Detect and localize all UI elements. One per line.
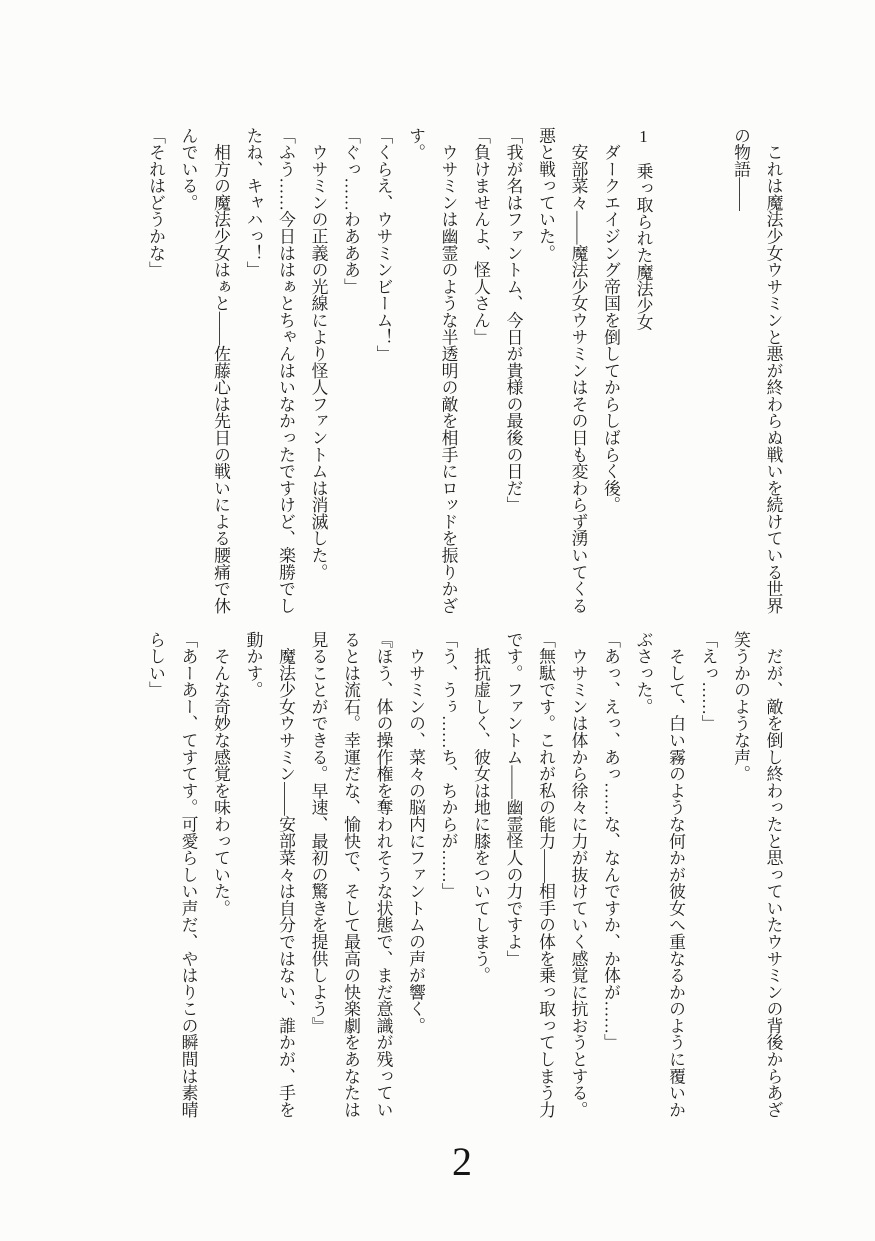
text-line: 「ぐっ……わあああ」 <box>334 127 367 617</box>
upper-text-block: これは魔法少女ウサミンと悪が終わらぬ戦いを続けている世界の物語――1 乗っ取られ… <box>139 127 789 617</box>
text-line: そして、白い霧のような何かが彼女へ重なるかのように覆いか <box>659 631 692 1121</box>
text-line: ウサミンの正義の光線により怪人ファントムは消滅した。 <box>302 127 335 617</box>
text-line: 「くらえ、ウサミンビーム！」 <box>367 127 400 617</box>
text-line: 笑うかのような声。 <box>724 631 757 1121</box>
text-line: 抵抗虚しく、彼女は地に膝をついてしまう。 <box>464 631 497 1121</box>
text-line <box>659 127 692 617</box>
text-line: 「あっ、えっ、あっ……な、なんですか、か体が……」 <box>594 631 627 1121</box>
text-line: 「う、うぅ……ち、ちからが……」 <box>432 631 465 1121</box>
text-line: 「我が名はファントム、今日が貴様の最後の日だ」 <box>497 127 530 617</box>
text-line: だが、敵を倒し終わったと思っていたウサミンの背後からあざ <box>757 631 790 1121</box>
text-line: んでいる。 <box>172 127 205 617</box>
text-line: 魔法少女ウサミン――安部菜々は自分ではない、誰かが、手を <box>269 631 302 1121</box>
text-line: ぶさった。 <box>627 631 660 1121</box>
text-line: 「ふう……今日ははぁとちゃんはいなかったですけど、楽勝でし <box>269 127 302 617</box>
text-line: 相方の魔法少女はぁと――佐藤心は先日の戦いによる腰痛で休 <box>204 127 237 617</box>
text-line: 「無駄です。これが私の能力――相手の体を乗っ取ってしまう力 <box>529 631 562 1121</box>
text-line: 「それはどうかな」 <box>139 127 172 617</box>
text-line: 「あーあー、てすてす。可愛らしい声だ、やはりこの瞬間は素晴 <box>172 631 205 1121</box>
text-line: 『ほう、体の操作権を奪われそうな状態で、まだ意識が残ってい <box>367 631 400 1121</box>
text-line: 動かす。 <box>237 631 270 1121</box>
text-line: 安部菜々――魔法少女ウサミンはその日も変わらず湧いてくる <box>562 127 595 617</box>
text-line: 「負けませんよ、怪人さん」 <box>464 127 497 617</box>
text-line: ウサミンの、菜々の脳内にファントムの声が響く。 <box>399 631 432 1121</box>
text-line: 見ることができる。早速、最初の驚きを提供しよう』 <box>302 631 335 1121</box>
text-line <box>692 127 725 617</box>
page-number: 2 <box>452 1140 472 1184</box>
text-line: ウサミンは体から徐々に力が抜けていく感覚に抗おうとする。 <box>562 631 595 1121</box>
text-line: そんな奇妙な感覚を味わっていた。 <box>204 631 237 1121</box>
text-line: たね、キャハっ！」 <box>237 127 270 617</box>
text-line: 1 乗っ取られた魔法少女 <box>627 127 660 617</box>
text-line: す。 <box>399 127 432 617</box>
text-line: これは魔法少女ウサミンと悪が終わらぬ戦いを続けている世界 <box>757 127 790 617</box>
text-line: 「えっ……」 <box>692 631 725 1121</box>
text-line: です。ファントム――幽霊怪人の力ですよ」 <box>497 631 530 1121</box>
document-page: これは魔法少女ウサミンと悪が終わらぬ戦いを続けている世界の物語――1 乗っ取られ… <box>0 0 875 1241</box>
text-line: 悪と戦っていた。 <box>529 127 562 617</box>
text-line: るとは流石。幸運だな、愉快で、そして最高の快楽劇をあなたは <box>334 631 367 1121</box>
lower-text-block: だが、敵を倒し終わったと思っていたウサミンの背後からあざ笑うかのような声。「えっ… <box>139 631 789 1121</box>
text-line: らしい」 <box>139 631 172 1121</box>
text-line: ダークエイジング帝国を倒してからしばらく後。 <box>594 127 627 617</box>
text-line: の物語―― <box>724 127 757 617</box>
text-line: ウサミンは幽霊のような半透明の敵を相手にロッドを振りかざ <box>432 127 465 617</box>
